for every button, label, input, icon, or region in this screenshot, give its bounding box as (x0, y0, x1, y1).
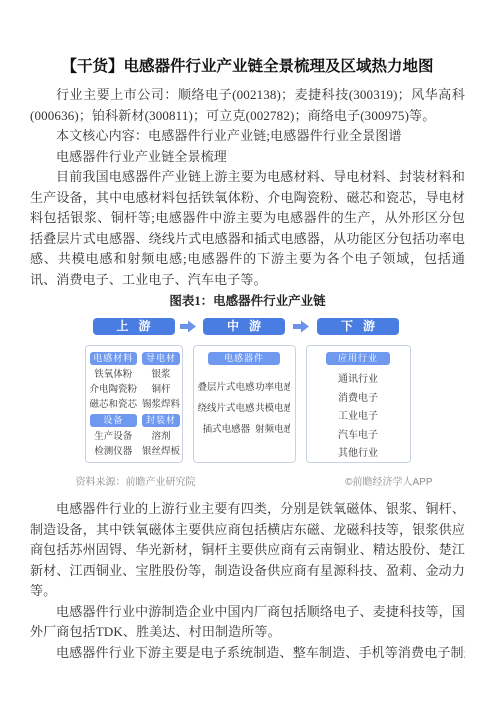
group-label: 封装材料 (142, 414, 180, 427)
panel-item: 共模电感 (255, 400, 290, 417)
group-label: 电感材料 (90, 352, 138, 365)
group-inductor-materials: 电感材料 铁氧体粉 介电陶瓷粉 磁芯和瓷芯 (90, 352, 138, 412)
panel-item: 银浆 (142, 367, 180, 382)
midstream-by-function-column: 功率电感 共模电感 射频电感 (255, 379, 290, 442)
panel-item: 银丝焊板 (142, 444, 180, 459)
panel-item: 功率电感 (255, 379, 290, 396)
midstream-panel: 电感器件 叠层片式电感器 绕线片式电感器 插式电感器 功率电感 共模电感 射频电… (193, 345, 296, 463)
downstream-panel: 应用行业 通讯行业 消费电子 工业电子 汽车电子 其他行业 (306, 345, 411, 463)
panel-item: 铜杆 (142, 382, 180, 397)
paragraph-listed-companies: 行业主要上市公司：顺络电子(002138)；麦捷科技(300319)；风华高科(… (30, 85, 465, 126)
group-label-inductor-devices: 电感器件 (208, 352, 280, 365)
arrow-right-icon (180, 320, 196, 333)
panel-item: 锡浆焊料 (142, 397, 180, 412)
section-heading-chain-overview: 电感器件行业产业链全景梳理 (30, 147, 465, 168)
stage-pill-upstream: 上游 (93, 318, 175, 335)
panel-item: 通讯行业 (315, 371, 402, 390)
group-label-application-industries: 应用行业 (326, 352, 390, 365)
article-title: 【干货】电感器件行业产业链全景梳理及区域热力地图 (30, 56, 465, 78)
stage-pill-midstream: 中游 (203, 318, 285, 335)
figure-credit: ©前瞻经济学人APP (345, 473, 432, 488)
paragraph-midstream-manufacturers: 电感器件行业中游制造企业中国内厂商包括顺络电子、麦捷科技等，国外厂商包括TDK、… (30, 602, 465, 643)
panel-item: 其他行业 (315, 445, 402, 464)
group-label: 导电材料 (142, 352, 180, 365)
figure-title: 图表1：电感器件行业产业链 (30, 293, 465, 310)
figure-source: 资料来源：前瞻产业研究院 (76, 473, 196, 488)
article-page: 【干货】电感器件行业产业链全景梳理及区域热力地图 行业主要上市公司：顺络电子(0… (0, 0, 496, 701)
group-packaging-materials: 封装材料 溶剂 银丝焊板 (142, 414, 180, 459)
industry-chain-diagram: 上游 中游 下游 电感材料 铁氧体粉 介电陶瓷粉 磁芯和瓷芯 (85, 318, 411, 488)
upstream-panel: 电感材料 铁氧体粉 介电陶瓷粉 磁芯和瓷芯 导电材料 银浆 铜杆 锡浆焊料 设备… (85, 345, 183, 463)
paragraph-chain-description: 目前我国电感器件产业链上游主要为电感材料、导电材料、封装材料和生产设备，其中电感… (30, 167, 465, 290)
panel-item: 插式电感器 (198, 421, 256, 438)
paragraph-core-content: 本文核心内容：电感器件行业产业链;电感器件行业全景图谱 (30, 126, 465, 147)
panel-item: 检测仪器 (90, 444, 138, 459)
stage-pill-downstream: 下游 (317, 318, 399, 335)
panel-item: 铁氧体粉 (90, 367, 138, 382)
panel-item: 生产设备 (90, 429, 138, 444)
panel-item: 溶剂 (142, 429, 180, 444)
group-equipment: 设备 生产设备 检测仪器 (90, 414, 138, 459)
panel-item: 工业电子 (315, 408, 402, 427)
arrow-right-icon (293, 320, 309, 333)
group-label: 设备 (90, 414, 138, 427)
panel-item: 叠层片式电感器 (198, 379, 256, 396)
panel-item: 磁芯和瓷芯 (90, 397, 138, 412)
figure-source-row: 资料来源：前瞻产业研究院 ©前瞻经济学人APP (76, 473, 433, 488)
paragraph-upstream-suppliers: 电感器件行业的上游行业主要有四类，分别是铁氧磁体、银浆、铜杆、制造设备，其中铁氧… (30, 499, 465, 602)
group-conductive-materials: 导电材料 银浆 铜杆 锡浆焊料 (142, 352, 180, 412)
panel-row: 电感材料 铁氧体粉 介电陶瓷粉 磁芯和瓷芯 导电材料 银浆 铜杆 锡浆焊料 设备… (85, 345, 411, 463)
midstream-by-shape-column: 叠层片式电感器 绕线片式电感器 插式电感器 (198, 379, 256, 442)
panel-item: 介电陶瓷粉 (90, 382, 138, 397)
panel-item: 消费电子 (315, 390, 402, 409)
panel-item: 射频电感 (255, 421, 290, 438)
panel-item: 汽车电子 (315, 427, 402, 446)
panel-item: 绕线片式电感器 (198, 400, 256, 417)
paragraph-downstream-truncated: 电感器件行业下游主要是电子系统制造、整车制造、手机等消费电子制造行 (30, 643, 465, 664)
stage-header-row: 上游 中游 下游 (85, 318, 411, 336)
